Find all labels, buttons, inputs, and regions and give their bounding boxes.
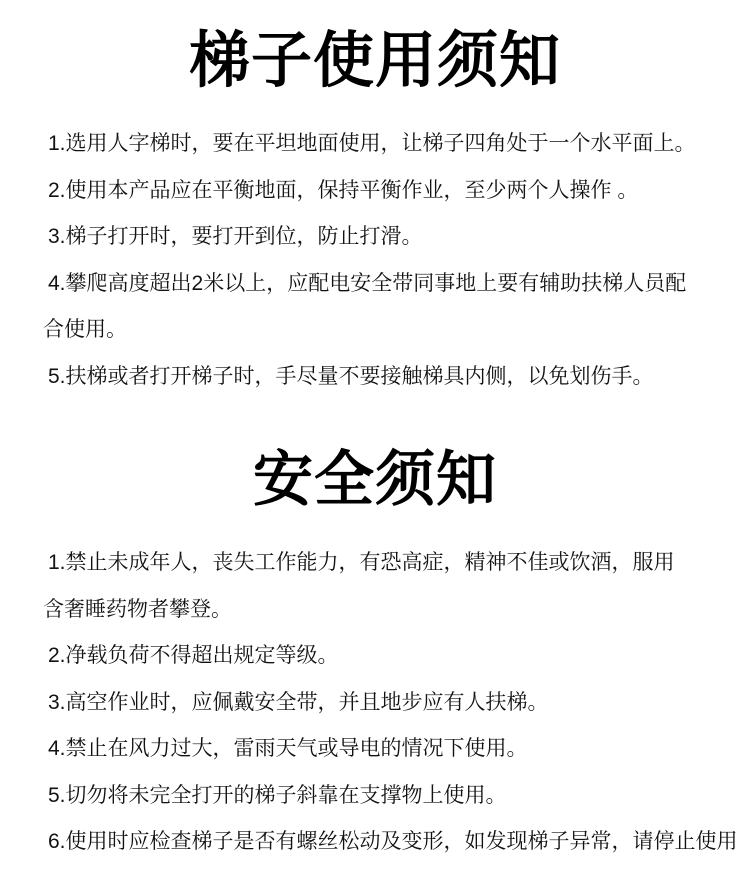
section-ladder-usage: 梯子使用须知 1.选用人字梯时，要在平坦地面使用，让梯子四角处于一个水平面上。 … (0, 0, 750, 400)
usage-instruction-list: 1.选用人字梯时，要在平坦地面使用，让梯子四角处于一个水平面上。 2.使用本产品… (0, 121, 750, 400)
safety-item-6: 6.使用时应检查梯子是否有螺丝松动及变形，如发现梯子异常，请停止使用 (0, 819, 750, 866)
usage-item-1: 1.选用人字梯时，要在平坦地面使用，让梯子四角处于一个水平面上。 (0, 121, 750, 168)
safety-item-5: 5.切勿将未完全打开的梯子斜靠在支撑物上使用。 (0, 773, 750, 820)
usage-item-2: 2.使用本产品应在平衡地面，保持平衡作业，至少两个人操作 。 (0, 168, 750, 215)
usage-item-4-line-1: 4.攀爬高度超出2米以上，应配电安全带同事地上要有辅助扶梯人员配 (0, 261, 750, 308)
safety-item-3: 3.高空作业时，应佩戴安全带，并且地步应有人扶梯。 (0, 680, 750, 727)
instruction-document: 梯子使用须知 1.选用人字梯时，要在平坦地面使用，让梯子四角处于一个水平面上。 … (0, 0, 750, 892)
usage-item-3: 3.梯子打开时，要打开到位，防止打滑。 (0, 214, 750, 261)
safety-item-1-line-1: 1.禁止未成年人，丧失工作能力，有恐高症，精神不佳或饮酒，服用 (0, 540, 750, 587)
safety-instruction-list: 1.禁止未成年人，丧失工作能力，有恐高症，精神不佳或饮酒，服用 含奢睡药物者攀登… (0, 540, 750, 866)
section-safety-notice: 安全须知 1.禁止未成年人，丧失工作能力，有恐高症，精神不佳或饮酒，服用 含奢睡… (0, 425, 750, 866)
usage-section-title: 梯子使用须知 (0, 0, 750, 121)
safety-item-1-line-2: 含奢睡药物者攀登。 (0, 587, 750, 634)
safety-item-2: 2.净载负荷不得超出规定等级。 (0, 633, 750, 680)
safety-section-title: 安全须知 (0, 425, 750, 535)
usage-item-4-line-2: 合使用。 (0, 307, 750, 354)
safety-item-4: 4.禁止在风力过大，雷雨天气或导电的情况下使用。 (0, 726, 750, 773)
usage-item-5: 5.扶梯或者打开梯子时，手尽量不要接触梯具内侧，以免划伤手。 (0, 354, 750, 401)
